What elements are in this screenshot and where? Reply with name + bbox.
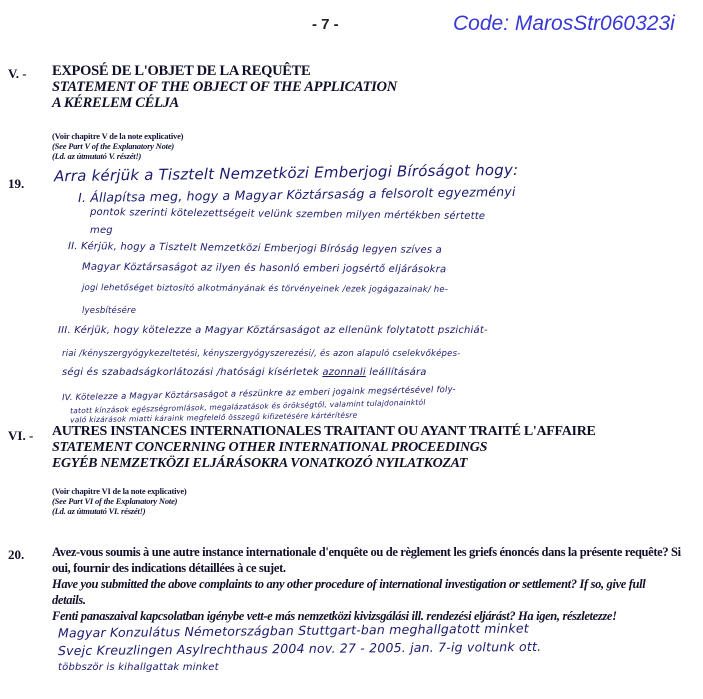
section-vi-number: VI. - [8, 428, 33, 444]
item-19-intro: Arra kérjük a Tisztelt Nemzetközi Emberj… [54, 161, 519, 185]
section-vi-title-fr: AUTRES INSTANCES INTERNATIONALES TRAITAN… [52, 424, 596, 440]
page-number: - 7 - [312, 16, 339, 33]
item-20-number: 20. [8, 547, 24, 563]
section-vi-title-hu: EGYÉB NEMZETKÖZI ELJÁRÁSOKRA VONATKOZÓ N… [52, 456, 467, 472]
document-code: Code: MarosStr060323i [453, 12, 675, 36]
section-v-number: V. - [8, 66, 27, 82]
item-20-question-fr-line2: oui, fournir des indications détaillées … [52, 561, 286, 576]
item-19-number: 19. [8, 176, 24, 192]
section-v-note-fr: (Voir chapitre V de la note explicative) [52, 131, 183, 141]
item-20-question-en-line1: Have you submitted the above complaints … [52, 577, 645, 592]
section-v-title-fr: EXPOSÉ DE L'OBJET DE LA REQUÊTE [52, 63, 310, 80]
section-vi-note-fr: (Voir chapitre VI de la note explicative… [52, 486, 187, 496]
item-20-question-en-line2: details. [52, 593, 86, 608]
underlined-word: azonnali [322, 367, 365, 378]
section-v-title-hu: A KÉRELEM CÉLJA [52, 95, 179, 112]
item-20-question-fr-line1: Avez-vous soumis à une autre instance in… [52, 545, 681, 560]
section-vi-note-en: (See Part VI of the Explanatory Note) [52, 496, 177, 506]
section-vi-title-en: STATEMENT CONCERNING OTHER INTERNATIONAL… [52, 440, 487, 456]
section-v-title-en: STATEMENT OF THE OBJECT OF THE APPLICATI… [52, 79, 397, 96]
section-v-note-en: (See Part V of the Explanatory Note) [52, 141, 174, 151]
section-v-note-hu: (Ld. az útmutató V. részét!) [52, 151, 141, 161]
section-vi-note-hu: (Ld. az útmutató VI. részét!) [52, 506, 145, 516]
